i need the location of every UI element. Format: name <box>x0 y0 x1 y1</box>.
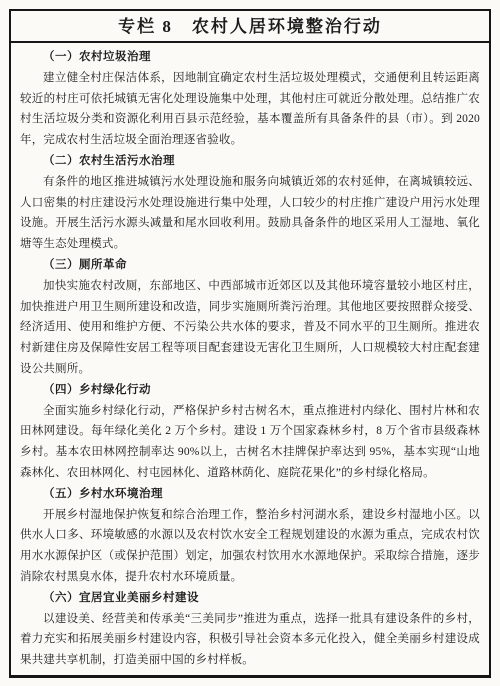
section-heading: （六）宜居宜业美丽乡村建设 <box>20 588 480 609</box>
column-title: 专栏 8 农村人居环境整治行动 <box>11 11 489 43</box>
section-rural-garbage: （一）农村垃圾治理 建立健全村庄保洁体系，因地制宜确定农村生活垃圾处理模式，交通… <box>20 47 480 151</box>
section-heading: （三）厕所革命 <box>20 255 480 276</box>
column-body: （一）农村垃圾治理 建立健全村庄保洁体系，因地制宜确定农村生活垃圾处理模式，交通… <box>11 43 489 675</box>
section-heading: （四）乡村绿化行动 <box>20 380 480 401</box>
section-heading: （一）农村垃圾治理 <box>20 47 480 68</box>
section-village-greening: （四）乡村绿化行动 全面实施乡村绿化行动，严格保护乡村古树名木，重点推进村内绿化… <box>20 380 480 484</box>
section-paragraph: 全面实施乡村绿化行动，严格保护乡村古树名木，重点推进村内绿化、围村片林和农田林网… <box>20 401 480 484</box>
section-paragraph: 加快实施农村改厕，东部地区、中西部城市近郊区以及其他环境容量较小地区村庄，加快推… <box>20 276 480 380</box>
column-box: 专栏 8 农村人居环境整治行动 （一）农村垃圾治理 建立健全村庄保洁体系，因地制… <box>9 9 491 678</box>
section-rural-sewage: （二）农村生活污水治理 有条件的地区推进城镇污水处理设施和服务向城镇近郊的农村延… <box>20 151 480 255</box>
section-heading: （二）农村生活污水治理 <box>20 151 480 172</box>
section-paragraph: 开展乡村湿地保护恢复和综合治理工作，整治乡村河湖水系，建设乡村湿地小区。以供水人… <box>20 505 480 588</box>
section-paragraph: 建立健全村庄保洁体系，因地制宜确定农村生活垃圾处理模式，交通便利且转运距离较近的… <box>20 68 480 151</box>
section-beautiful-village: （六）宜居宜业美丽乡村建设 以建设美、经营美和传承美“三美同步”推进为重点，选择… <box>20 588 480 671</box>
section-paragraph: 有条件的地区推进城镇污水处理设施和服务向城镇近郊的农村延伸，在离城镇较远、人口密… <box>20 172 480 255</box>
section-water-environment: （五）乡村水环境治理 开展乡村湿地保护恢复和综合治理工作，整治乡村河湖水系，建设… <box>20 484 480 588</box>
section-heading: （五）乡村水环境治理 <box>20 484 480 505</box>
section-paragraph: 以建设美、经营美和传承美“三美同步”推进为重点，选择一批具有建设条件的乡村，着力… <box>20 609 480 671</box>
section-toilet-revolution: （三）厕所革命 加快实施农村改厕，东部地区、中西部城市近郊区以及其他环境容量较小… <box>20 255 480 380</box>
